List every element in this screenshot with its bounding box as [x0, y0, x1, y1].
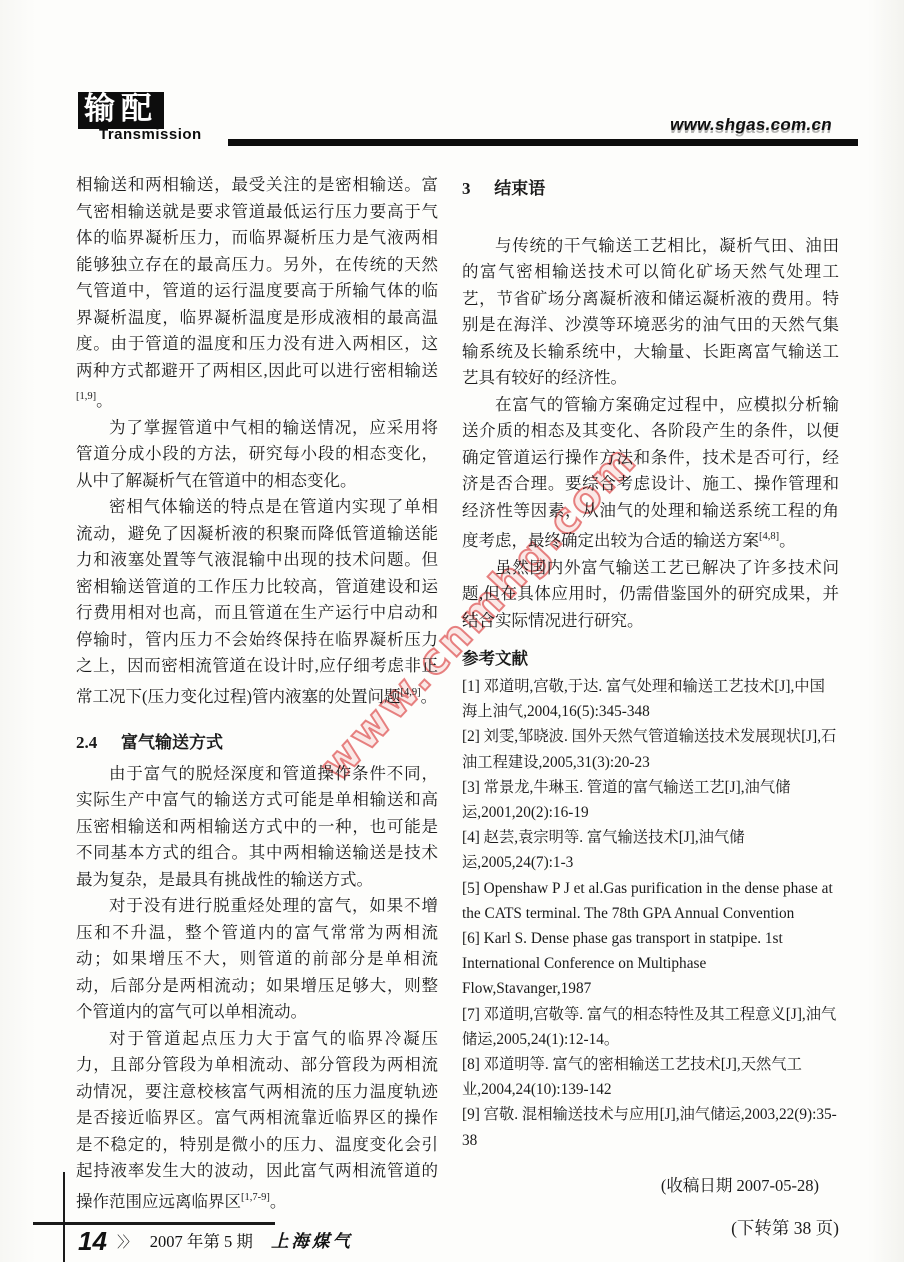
logo-cn-text: 输配: [84, 91, 158, 126]
paragraph: 为了掌握管道中气相的输送情况，应采用将管道分成小段的方法，研究每小段的相态变化，…: [76, 415, 438, 495]
paragraph: 对于没有进行脱重烃处理的富气，如果不增压和不升温，整个管道内的富气常常为两相流动…: [76, 893, 438, 1026]
footer-crop-vertical-line: [63, 1172, 65, 1262]
section-title: 富气输送方式: [121, 733, 223, 752]
paragraph: 对于管道起点压力大于富气的临界冷凝压力，且部分管段为单相流动、部分管段为两相流动…: [76, 1026, 438, 1216]
journal-page: 输配 Transmission www.shgas.com.cn www.cnm…: [0, 0, 904, 1262]
conclusion-heading: 3结束语: [462, 176, 839, 203]
section-heading-2-4: 2.4富气输送方式: [76, 730, 438, 757]
journal-logo: 输配: [78, 92, 164, 129]
issue-info: 2007 年第 5 期: [150, 1232, 253, 1251]
reference-item: [1] 邓道明,宫敬,于达. 富气处理和输送工艺技术[J],中国海上油气,200…: [462, 674, 839, 724]
page-number: 14: [78, 1226, 107, 1256]
reference-item: [6] Karl S. Dense phase gas transport in…: [462, 926, 839, 1002]
citation-ref: [4,9]: [401, 687, 421, 698]
footer: 14 〉〉 2007 年第 5 期 上海煤气: [78, 1226, 578, 1257]
paragraph: 在富气的管输方案确定过程中，应模拟分析输送介质的相态及其变化、各阶段产生的条件，…: [462, 392, 839, 555]
section-number: 2.4: [76, 733, 97, 752]
paragraph: 由于富气的脱烃深度和管道操作条件不同，实际生产中富气的输送方式可能是单相输送和高…: [76, 761, 438, 894]
section-title: 结束语: [494, 179, 545, 198]
footer-chevrons-icon: 〉〉: [117, 1235, 136, 1251]
reference-item: [9] 宫敬. 混相输送技术与应用[J],油气储运,2003,22(9):35-…: [462, 1102, 839, 1152]
header-rule: [228, 139, 858, 146]
paragraph: 虽然国内外富气输送工艺已解决了许多技术问题,但在具体应用时，仍需借鉴国外的研究成…: [462, 555, 839, 635]
citation-ref: [1,7-9]: [241, 1192, 270, 1203]
reference-item: [7] 邓道明,宫敬等. 富气的相态特性及其工程意义[J],油气储运,2005,…: [462, 1002, 839, 1052]
reference-item: [8] 邓道明等. 富气的密相输送工艺技术[J],天然气工业,2004,24(1…: [462, 1052, 839, 1102]
paragraph: 密相气体输送的特点是在管道内实现了单相流动，避免了因凝析液的积聚而降低管道输送能…: [76, 494, 438, 710]
section-number: 3: [462, 179, 471, 198]
received-date: (收稿日期 2007-05-28): [462, 1173, 839, 1199]
references-heading: 参考文献: [462, 646, 839, 672]
reference-item: [4] 赵芸,袁宗明等. 富气输送技术[J],油气储运,2005,24(7):1…: [462, 825, 839, 875]
footer-rule-horizontal: [33, 1222, 275, 1225]
citation-ref: [4,8]: [759, 531, 779, 542]
left-column: 相输送和两相输送，最受关注的是密相输送。富气密相输送就是要求管道最低运行压力要高…: [76, 172, 438, 1215]
reference-item: [2] 刘雯,邹晓波. 国外天然气管道输送技术发展现状[J],石油工程建设,20…: [462, 724, 839, 774]
site-url: www.shgas.com.cn: [618, 115, 832, 135]
journal-name: 上海煤气: [271, 1231, 353, 1251]
paragraph: 相输送和两相输送，最受关注的是密相输送。富气密相输送就是要求管道最低运行压力要高…: [76, 172, 438, 415]
right-column: 3结束语 与传统的干气输送工艺相比，凝析气田、油田的富气密相输送技术可以简化矿场…: [462, 172, 839, 1241]
reference-item: [5] Openshaw P J et al.Gas purification …: [462, 876, 839, 926]
reference-item: [3] 常景龙,牛琳玉. 管道的富气输送工艺[J],油气储运,2001,20(2…: [462, 775, 839, 825]
paragraph: 与传统的干气输送工艺相比，凝析气田、油田的富气密相输送技术可以简化矿场天然气处理…: [462, 233, 839, 392]
logo-en-text: Transmission: [99, 126, 202, 143]
citation-ref: [1,9]: [76, 391, 96, 402]
